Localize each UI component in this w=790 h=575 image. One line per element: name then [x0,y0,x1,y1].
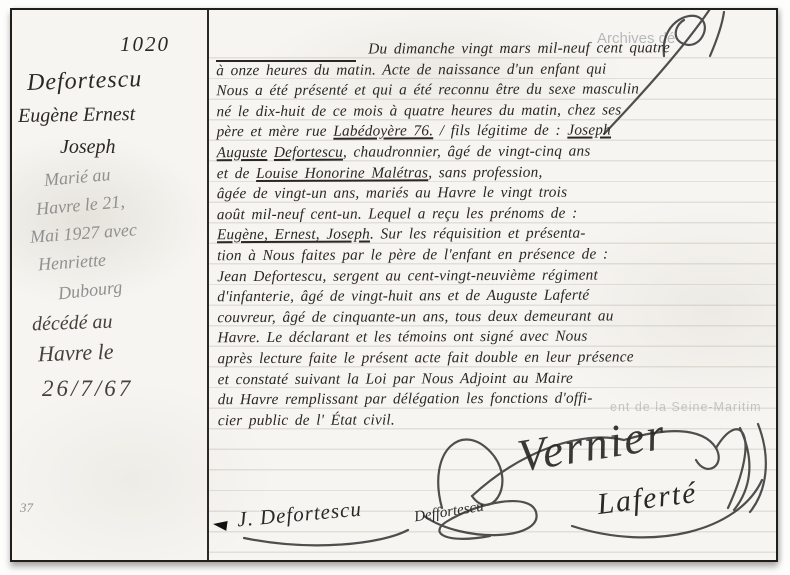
death-note-line: Havre le [38,339,114,368]
signature-jean-defortescu: J. Defortescu [236,497,363,533]
column-divider-line [207,10,209,560]
act-line: Havre. Le déclarant et les témoins ont s… [217,326,773,349]
act-line: du Havre remplissant par délégation les … [218,388,774,411]
act-line: d'infanterie, âgé de vingt-huit ans et d… [217,285,773,308]
act-line: cier public de l' État civil. [218,408,774,431]
act-line: Eugène, Ernest, Joseph. Sur les réquisit… [217,223,773,246]
act-line: père et mère rue Labédoyère 76. / fils l… [217,120,773,143]
margin-firstnames: Eugène Ernest [18,103,136,128]
act-line: après lecture faite le présent acte fait… [217,347,773,370]
marriage-note-line: Henriette [37,250,106,276]
act-line: né le dix-huit de ce mois à quatre heure… [216,100,772,123]
death-note-line: décédé au [32,311,113,337]
marriage-note-line: Havre le 21, [35,191,125,220]
act-line: Auguste Defortescu, chaudronnier, âgé de… [217,141,773,164]
act-line: à onze heures du matin. Acte de naissanc… [216,58,772,81]
registry-number: 1020 [90,32,170,57]
act-line: Jean Defortescu, sergent au cent-vingt-n… [217,264,773,287]
arrow-mark-icon [212,519,227,531]
act-line: couvreur, âgé de cinquante-un ans, tous … [217,306,773,329]
marriage-note-line: Mai 1927 avec [29,219,137,247]
act-line: Nous a été présenté et qui a été reconnu… [216,79,772,102]
act-text: Du dimanche vingt mars mil-neuf cent qua… [216,38,774,432]
scan-page: 1020 Defortescu Eugène Ernest Joseph Mar… [10,8,778,562]
act-line: août mil-neuf cent-un. Lequel a reçu les… [217,203,773,226]
act-line: tion à Nous faites par le père de l'enfa… [217,244,773,267]
margin-firstname-2: Joseph [60,136,116,159]
marriage-note-line: Marié au [43,164,111,191]
death-note-line: 26/7/67 [42,376,133,402]
corner-mark: 37 [20,500,33,516]
act-line: âgée de vingt-un ans, mariés au Havre le… [217,182,773,205]
marriage-note-line: Dubourg [57,277,123,305]
margin-surname: Defortescu [27,66,143,97]
act-line: Du dimanche vingt mars mil-neuf cent qua… [216,38,772,61]
signature-joseph-defortescu: Deffortescu [413,499,485,527]
act-line: et de Louise Honorine Malétras, sans pro… [217,161,773,184]
act-line: et constaté suivant la Loi par Nous Adjo… [218,367,774,390]
signature-laferte: Laferté [595,476,699,522]
